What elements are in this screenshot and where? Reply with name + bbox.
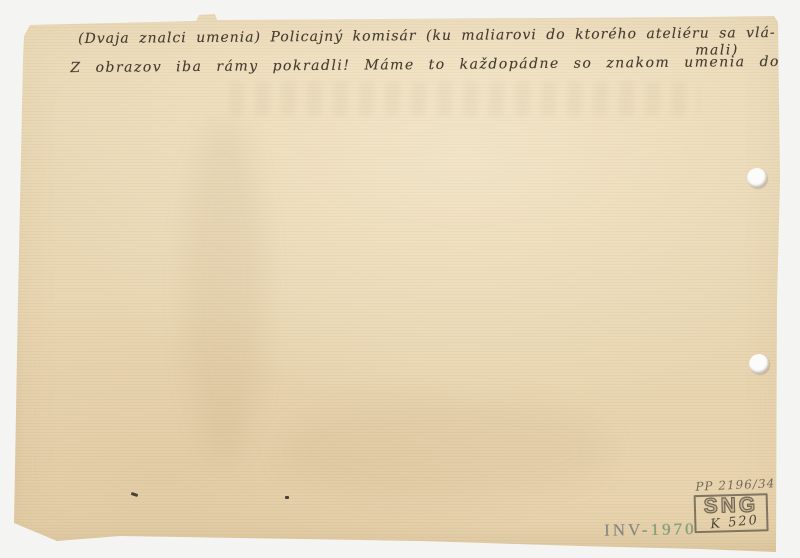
scanned-paper-sheet: (Dvaja znalci umenia) Policajný komisár … bbox=[0, 0, 800, 558]
handwritten-note: (Dvaja znalci umenia) Policajný komisár … bbox=[70, 21, 785, 27]
inventory-number-stamp: INV-1970 bbox=[604, 519, 697, 541]
pencil-reference-number: PP 2196/34 bbox=[695, 476, 775, 493]
paper-stain-vertical bbox=[185, 120, 265, 460]
ink-speck bbox=[285, 496, 289, 499]
paper-stain-bottom bbox=[280, 400, 610, 500]
punch-hole-top bbox=[747, 168, 767, 188]
sng-stamp-box: SNG K 520 bbox=[694, 493, 769, 533]
ink-speck bbox=[131, 492, 139, 497]
handwritten-line-1: (Dvaja znalci umenia) Policajný komisár … bbox=[78, 25, 776, 47]
ink-bleedthrough-ghost bbox=[230, 82, 700, 116]
scanner-background: (Dvaja znalci umenia) Policajný komisár … bbox=[0, 0, 800, 558]
handwritten-line-2: Z obrazov iba rámy pokradli! Máme to kaž… bbox=[70, 53, 800, 76]
inventory-number-digits: 1970 bbox=[650, 519, 696, 539]
paper-edge-shading bbox=[0, 0, 800, 558]
inventory-number-prefix: INV- bbox=[604, 520, 651, 540]
punch-hole-bottom bbox=[749, 354, 769, 374]
archive-stamp-group: PP 2196/34 SNG K 520 bbox=[691, 477, 783, 541]
sng-stamp-number: K 520 bbox=[710, 513, 760, 533]
